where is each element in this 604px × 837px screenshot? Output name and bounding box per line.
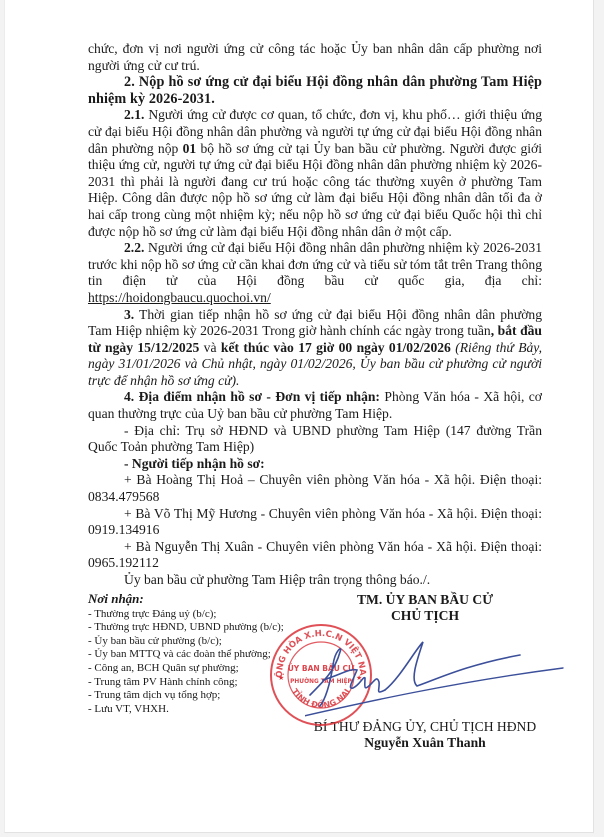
receivers-heading: - Người tiếp nhận hồ sơ: [88, 456, 542, 473]
document-page: chức, đơn vị nơi người ứng cử công tác h… [4, 0, 594, 833]
recipients-title: Nơi nhận: [88, 592, 318, 606]
signature-block: TM. ỦY BAN BẦU CỬ CHỦ TỊCH BÍ THƯ ĐẢNG Ủ… [305, 592, 545, 624]
section-2-heading: 2. Nộp hồ sơ ứng cử đại biểu Hội đồng nh… [88, 74, 542, 107]
receiver-2-phone: 0919.134916 [88, 522, 159, 537]
handwritten-signature-icon [305, 640, 565, 720]
section-4-label: 4. Địa điểm nhận hồ sơ - Đơn vị tiếp nhậ… [124, 389, 380, 404]
intro-paragraph: chức, đơn vị nơi người ứng cử công tác h… [88, 41, 542, 74]
section-3-text-b: và [199, 340, 221, 355]
recipient-item: - Thường trực Đảng uỷ (b/c); [88, 608, 318, 622]
address-paragraph: - Địa chỉ: Trụ sở HĐND và UBND phường Ta… [88, 423, 542, 456]
election-council-link[interactable]: https://hoidongbaucu.quochoi.vn/ [88, 290, 271, 305]
section-2-1-label: 2.1. [124, 107, 144, 122]
section-2-2-label: 2.2. [124, 240, 144, 255]
receiver-3: + Bà Nguyễn Thị Xuân - Chuyên viên phòng… [88, 539, 542, 572]
signer-name: Nguyễn Xuân Thanh [305, 735, 545, 751]
receiver-2: + Bà Võ Thị Mỹ Hương - Chuyên viên phòng… [88, 506, 542, 539]
receiver-1: + Bà Hoàng Thị Hoả – Chuyên viên phòng V… [88, 472, 542, 505]
document-body: chức, đơn vị nơi người ứng cử công tác h… [88, 41, 542, 589]
dossier-count: 01 [183, 141, 197, 156]
receiver-3-phone: 0965.192112 [88, 555, 159, 570]
section-2-2-text: Người ứng cử đại biểu Hội đồng nhân dân … [88, 240, 542, 288]
signing-organization: TM. ỦY BAN BẦU CỬ [305, 592, 545, 608]
section-3-paragraph: 3. Thời gian tiếp nhận hồ sơ ứng cử đại … [88, 307, 542, 390]
closing-line: Ủy ban bầu cử phường Tam Hiệp trân trọng… [88, 572, 542, 589]
receiver-2-line: + Bà Võ Thị Mỹ Hương - Chuyên viên phòng… [124, 506, 542, 521]
section-3-text-a: Thời gian tiếp nhận hồ sơ ứng cử đại biể… [88, 307, 542, 339]
svg-text:★: ★ [278, 674, 284, 682]
section-2-1-paragraph: 2.1. Người ứng cử được cơ quan, tổ chức,… [88, 107, 542, 240]
receiver-1-phone: 0834.479568 [88, 489, 159, 504]
section-3-label: 3. [124, 307, 134, 322]
link-line: https://hoidongbaucu.quochoi.vn/ [88, 290, 542, 307]
end-date: kết thúc vào 17 giờ 00 ngày 01/02/2026 [221, 340, 451, 355]
section-2-2-paragraph: 2.2. Người ứng cử đại biểu Hội đồng nhân… [88, 240, 542, 290]
section-4-paragraph: 4. Địa điểm nhận hồ sơ - Đơn vị tiếp nhậ… [88, 389, 542, 422]
receiver-1-line: + Bà Hoàng Thị Hoả – Chuyên viên phòng V… [124, 472, 542, 487]
receiver-3-line: + Bà Nguyễn Thị Xuân - Chuyên viên phòng… [124, 539, 542, 554]
